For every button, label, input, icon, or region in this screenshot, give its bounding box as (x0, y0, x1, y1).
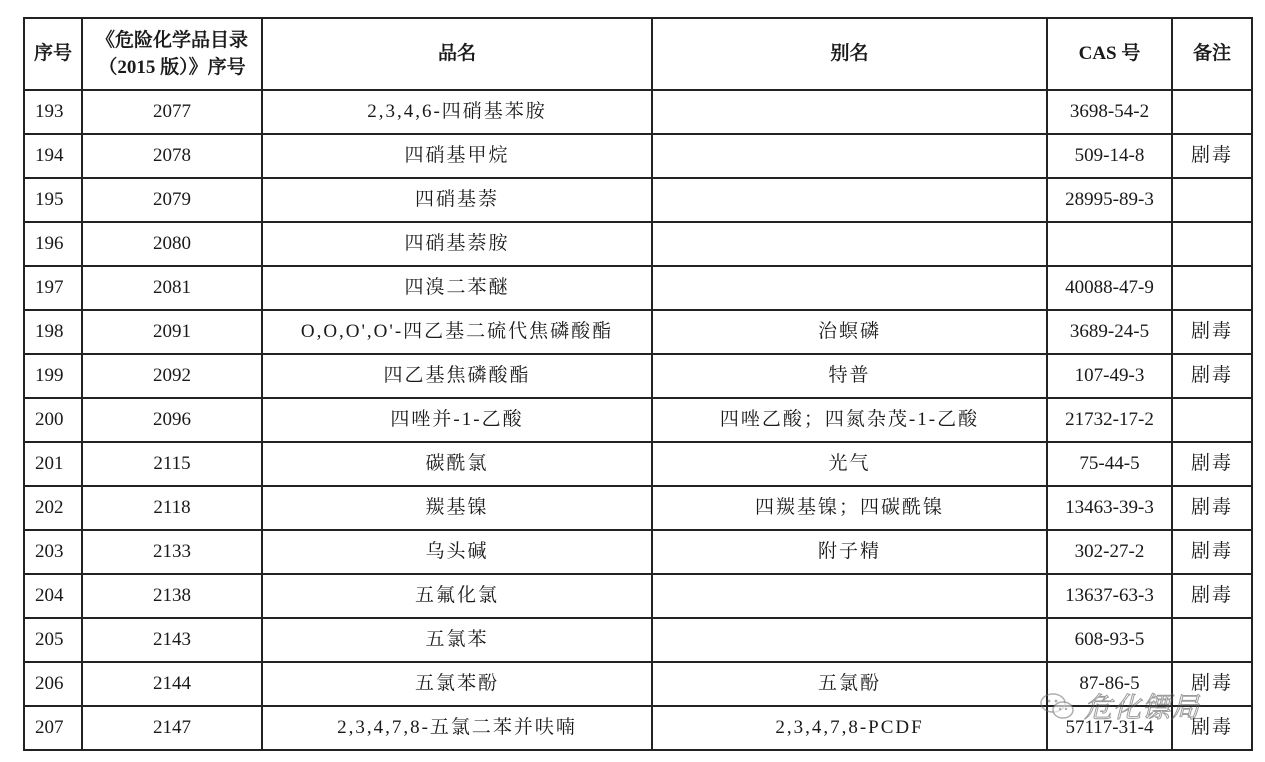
cell-seq: 196 (24, 222, 82, 266)
cell-catalog-number: 2079 (82, 178, 262, 222)
cell-seq: 197 (24, 266, 82, 310)
cell-catalog-number: 2081 (82, 266, 262, 310)
cell-seq: 195 (24, 178, 82, 222)
cell-remark: 剧毒 (1172, 530, 1252, 574)
cell-name: 2,3,4,7,8-五氯二苯并呋喃 (262, 706, 652, 750)
table-row: 1992092四乙基焦磷酸酯特普107-49-3剧毒 (24, 354, 1252, 398)
header-catalog-line1: 《危险化学品目录 (83, 27, 261, 54)
cell-cas: 3698-54-2 (1047, 90, 1172, 134)
header-alias: 别名 (652, 18, 1047, 90)
cell-cas: 40088-47-9 (1047, 266, 1172, 310)
cell-name: 五氟化氯 (262, 574, 652, 618)
cell-remark (1172, 398, 1252, 442)
table-row: 1952079四硝基萘28995-89-3 (24, 178, 1252, 222)
cell-seq: 205 (24, 618, 82, 662)
header-name: 品名 (262, 18, 652, 90)
table-row: 2052143五氯苯608-93-5 (24, 618, 1252, 662)
table-row: 2032133乌头碱附子精302-27-2剧毒 (24, 530, 1252, 574)
cell-cas: 302-27-2 (1047, 530, 1172, 574)
cell-alias (652, 90, 1047, 134)
cell-remark: 剧毒 (1172, 662, 1252, 706)
cell-remark: 剧毒 (1172, 706, 1252, 750)
cell-remark (1172, 618, 1252, 662)
cell-alias: 四羰基镍；四碳酰镍 (652, 486, 1047, 530)
cell-name: 四硝基萘胺 (262, 222, 652, 266)
cell-remark (1172, 266, 1252, 310)
cell-alias: 光气 (652, 442, 1047, 486)
cell-remark: 剧毒 (1172, 354, 1252, 398)
table-row: 2042138五氟化氯13637-63-3剧毒 (24, 574, 1252, 618)
cell-name: 2,3,4,6-四硝基苯胺 (262, 90, 652, 134)
cell-cas: 87-86-5 (1047, 662, 1172, 706)
cell-seq: 207 (24, 706, 82, 750)
header-catalog-line2: （2015 版）》序号 (83, 54, 261, 81)
table-row: 1962080四硝基萘胺 (24, 222, 1252, 266)
cell-remark (1172, 90, 1252, 134)
cell-remark: 剧毒 (1172, 442, 1252, 486)
cell-catalog-number: 2138 (82, 574, 262, 618)
cell-seq: 193 (24, 90, 82, 134)
cell-seq: 200 (24, 398, 82, 442)
cell-name: 四溴二苯醚 (262, 266, 652, 310)
cell-cas: 75-44-5 (1047, 442, 1172, 486)
cell-name: 四乙基焦磷酸酯 (262, 354, 652, 398)
header-cas: CAS 号 (1047, 18, 1172, 90)
cell-cas: 13463-39-3 (1047, 486, 1172, 530)
cell-alias: 治螟磷 (652, 310, 1047, 354)
cell-cas: 3689-24-5 (1047, 310, 1172, 354)
cell-catalog-number: 2143 (82, 618, 262, 662)
cell-alias: 附子精 (652, 530, 1047, 574)
cell-seq: 206 (24, 662, 82, 706)
cell-remark: 剧毒 (1172, 574, 1252, 618)
cell-remark (1172, 178, 1252, 222)
cell-alias: 2,3,4,7,8-PCDF (652, 706, 1047, 750)
cell-alias: 四唑乙酸；四氮杂茂-1-乙酸 (652, 398, 1047, 442)
table-row: 2012115碳酰氯光气75-44-5剧毒 (24, 442, 1252, 486)
cell-name: 五氯苯 (262, 618, 652, 662)
cell-remark (1172, 222, 1252, 266)
cell-catalog-number: 2144 (82, 662, 262, 706)
cell-catalog-number: 2115 (82, 442, 262, 486)
table-body: 19320772,3,4,6-四硝基苯胺3698-54-21942078四硝基甲… (24, 90, 1252, 750)
table-row: 20721472,3,4,7,8-五氯二苯并呋喃2,3,4,7,8-PCDF57… (24, 706, 1252, 750)
cell-name: 乌头碱 (262, 530, 652, 574)
cell-cas: 107-49-3 (1047, 354, 1172, 398)
cell-catalog-number: 2118 (82, 486, 262, 530)
table-row: 19320772,3,4,6-四硝基苯胺3698-54-2 (24, 90, 1252, 134)
cell-catalog-number: 2092 (82, 354, 262, 398)
cell-remark: 剧毒 (1172, 134, 1252, 178)
cell-name: 四硝基甲烷 (262, 134, 652, 178)
cell-catalog-number: 2080 (82, 222, 262, 266)
cell-alias: 五氯酚 (652, 662, 1047, 706)
cell-cas: 21732-17-2 (1047, 398, 1172, 442)
cell-remark: 剧毒 (1172, 310, 1252, 354)
cell-cas: 608-93-5 (1047, 618, 1172, 662)
cell-seq: 203 (24, 530, 82, 574)
cell-cas: 509-14-8 (1047, 134, 1172, 178)
cell-alias: 特普 (652, 354, 1047, 398)
header-catalog-number: 《危险化学品目录 （2015 版）》序号 (82, 18, 262, 90)
cell-catalog-number: 2091 (82, 310, 262, 354)
cell-cas: 13637-63-3 (1047, 574, 1172, 618)
cell-name: 五氯苯酚 (262, 662, 652, 706)
cell-seq: 194 (24, 134, 82, 178)
header-seq: 序号 (24, 18, 82, 90)
table-row: 2022118羰基镍四羰基镍；四碳酰镍13463-39-3剧毒 (24, 486, 1252, 530)
cell-catalog-number: 2133 (82, 530, 262, 574)
header-row: 序号 《危险化学品目录 （2015 版）》序号 品名 别名 CAS 号 备注 (24, 18, 1252, 90)
cell-seq: 198 (24, 310, 82, 354)
cell-alias (652, 222, 1047, 266)
cell-remark: 剧毒 (1172, 486, 1252, 530)
table-row: 1972081四溴二苯醚40088-47-9 (24, 266, 1252, 310)
cell-cas: 57117-31-4 (1047, 706, 1172, 750)
cell-catalog-number: 2078 (82, 134, 262, 178)
cell-alias (652, 618, 1047, 662)
cell-alias (652, 266, 1047, 310)
hazardous-chemicals-table: 序号 《危险化学品目录 （2015 版）》序号 品名 别名 CAS 号 备注 1… (23, 17, 1253, 751)
cell-name: O,O,O',O'-四乙基二硫代焦磷酸酯 (262, 310, 652, 354)
cell-name: 羰基镍 (262, 486, 652, 530)
cell-seq: 202 (24, 486, 82, 530)
cell-catalog-number: 2096 (82, 398, 262, 442)
header-remark: 备注 (1172, 18, 1252, 90)
cell-alias (652, 574, 1047, 618)
cell-seq: 201 (24, 442, 82, 486)
cell-cas (1047, 222, 1172, 266)
cell-alias (652, 178, 1047, 222)
cell-name: 四硝基萘 (262, 178, 652, 222)
cell-alias (652, 134, 1047, 178)
table-row: 2062144五氯苯酚五氯酚87-86-5剧毒 (24, 662, 1252, 706)
cell-cas: 28995-89-3 (1047, 178, 1172, 222)
cell-name: 四唑并-1-乙酸 (262, 398, 652, 442)
cell-name: 碳酰氯 (262, 442, 652, 486)
table-row: 1982091O,O,O',O'-四乙基二硫代焦磷酸酯治螟磷3689-24-5剧… (24, 310, 1252, 354)
cell-seq: 199 (24, 354, 82, 398)
table-row: 2002096四唑并-1-乙酸四唑乙酸；四氮杂茂-1-乙酸21732-17-2 (24, 398, 1252, 442)
cell-seq: 204 (24, 574, 82, 618)
cell-catalog-number: 2077 (82, 90, 262, 134)
table-row: 1942078四硝基甲烷509-14-8剧毒 (24, 134, 1252, 178)
cell-catalog-number: 2147 (82, 706, 262, 750)
